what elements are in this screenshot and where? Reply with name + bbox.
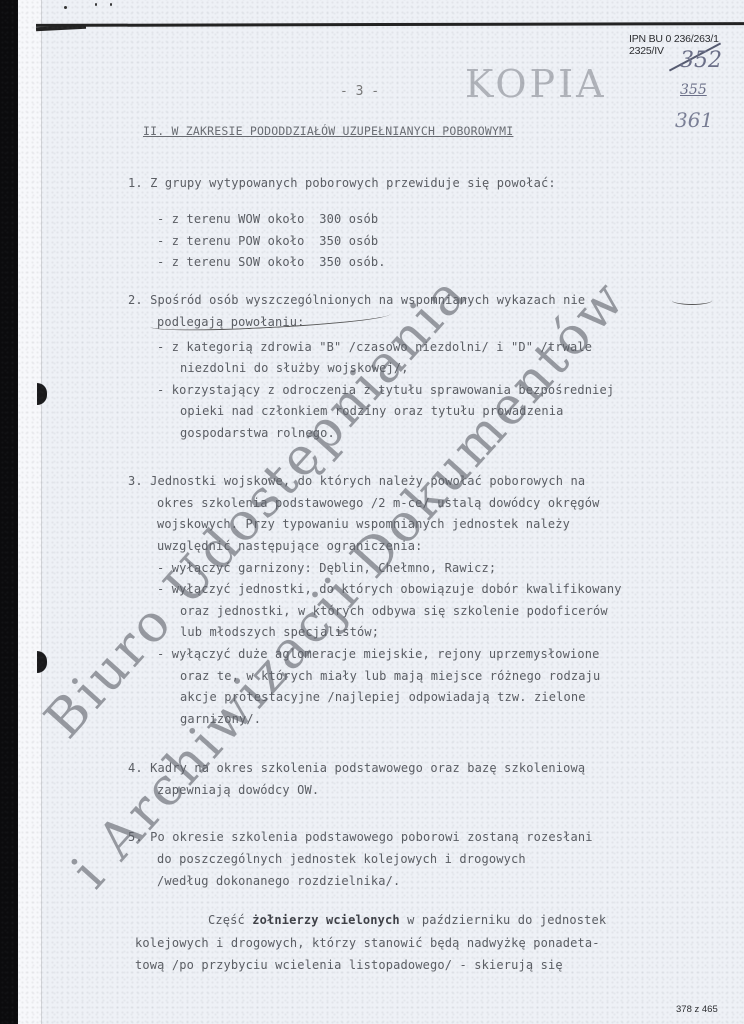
paragraph-line: 5. Po okresie szkolenia podstawowego pob… bbox=[128, 830, 593, 844]
handwritten-number: 355 bbox=[680, 82, 707, 98]
paragraph-line: garnizony/. bbox=[180, 712, 261, 726]
punch-hole bbox=[37, 383, 47, 405]
paragraph-line: - wyłączyć jednostki, do których obowiąz… bbox=[157, 582, 622, 596]
paragraph-line: wojskowych. Przy typowaniu wspomnianych … bbox=[157, 517, 570, 531]
paragraph-line: akcje protestacyjne /najlepiej odpowiada… bbox=[180, 690, 586, 704]
paragraph-line: okres szkolenia podstawowego /2 m-ce/ us… bbox=[157, 496, 599, 510]
paragraph-line: - wyłączyć garnizony: Dęblin, Chełmno, R… bbox=[157, 561, 496, 575]
paragraph-line: 3. Jednostki wojskowe, do których należy… bbox=[128, 474, 585, 488]
scan-noise bbox=[0, 0, 744, 1024]
top-rule bbox=[36, 22, 744, 27]
paragraph-line: - z terenu SOW około 350 osób. bbox=[157, 255, 386, 269]
paragraph-line: tową /po przybyciu wcielenia listopadowe… bbox=[135, 958, 563, 972]
paragraph-line: oraz te, w których miały lub mają miejsc… bbox=[180, 669, 600, 683]
paragraph-line: gospodarstwa rolnego. bbox=[180, 426, 335, 440]
paragraph-line: - z terenu WOW około 300 osób bbox=[157, 212, 378, 226]
handwritten-underline bbox=[672, 296, 712, 305]
paragraph-line: - z kategorią zdrowia "B" /czasowo niezd… bbox=[157, 340, 592, 354]
paragraph-line: opieki nad członkiem rodziny oraz tytułu… bbox=[180, 404, 563, 418]
paragraph-line: - korzystający z odroczenia z tytułu spr… bbox=[157, 383, 614, 397]
paragraph-line: - z terenu POW około 350 osób bbox=[157, 234, 378, 248]
handwritten-crossed-number: 352 bbox=[680, 48, 722, 73]
kopia-stamp: KOPIA bbox=[465, 62, 607, 106]
paragraph-line: niezdolni do służby wojskowej/, bbox=[180, 361, 409, 375]
paragraph-line: zapewniają dowódcy OW. bbox=[157, 783, 319, 797]
paragraph-line: 4. Kadry na okres szkolenia podstawowego… bbox=[128, 761, 585, 775]
paragraph-line: do poszczególnych jednostek kolejowych i… bbox=[157, 852, 526, 866]
speck bbox=[64, 6, 67, 9]
page-count: 378 z 465 bbox=[676, 1004, 718, 1015]
paragraph-line: lub młodszych specjalistów; bbox=[180, 625, 379, 639]
handwritten-underline bbox=[150, 307, 390, 335]
paragraph-line: 1. Z grupy wytypowanych poborowych przew… bbox=[128, 176, 556, 190]
speck bbox=[110, 3, 112, 6]
paragraph-line: Część żołnierzy wcielonych w październik… bbox=[208, 913, 606, 927]
handwritten-number: 361 bbox=[675, 108, 713, 132]
paragraph-line: - wyłączyć duże aglomeracje miejskie, re… bbox=[157, 647, 599, 661]
paragraph-line: oraz jednostki, w których odbywa się szk… bbox=[180, 604, 608, 618]
paragraph-line: uwzględnić następujące ograniczenia: bbox=[157, 539, 423, 553]
paragraph-line: /według dokonanego rozdzielnika/. bbox=[157, 874, 400, 888]
paragraph-line: kolejowych i drogowych, którzy stanowić … bbox=[135, 936, 600, 950]
section-title: II. W ZAKRESIE PODODDZIAŁÓW UZUPEŁNIANYC… bbox=[143, 124, 513, 138]
page-number: - 3 - bbox=[340, 84, 379, 99]
scan-border bbox=[0, 0, 18, 1024]
speck bbox=[95, 3, 97, 6]
paragraph-line: 2. Spośród osób wyszczególnionych na wsp… bbox=[128, 293, 585, 307]
punch-hole bbox=[37, 651, 47, 673]
scan-margin bbox=[18, 0, 42, 1024]
page-edge bbox=[41, 0, 42, 1024]
